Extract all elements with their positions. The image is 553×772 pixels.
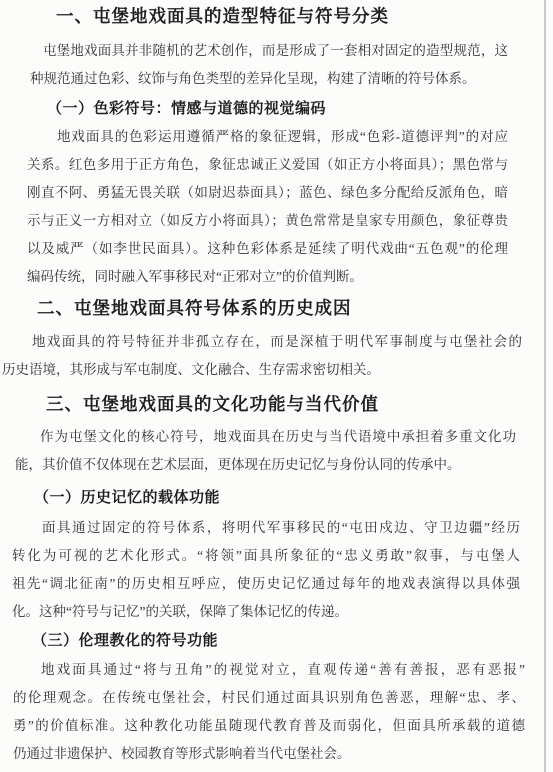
paragraph-line: 地戏面具的符号特征并非孤立存在，而是深植于明代军事制度与屯堡社会的 bbox=[2, 328, 522, 356]
paragraph-line: 编码传统，同时融入军事移民对“正邪对立”的价值判断。 bbox=[27, 263, 508, 291]
paragraph-line: 关系。红色多用于正方角色，象征忠诚正义爱国（如正方小将面具）；黑色常与 bbox=[27, 151, 508, 179]
paragraph-line: 面具通过固定的符号体系，将明代军事移民的“屯田戍边、守卫边疆”经历 bbox=[12, 514, 520, 542]
paragraph-historical-causes: 地戏面具的符号特征并非孤立存在，而是深植于明代军事制度与屯堡社会的 历史语境，其… bbox=[2, 328, 522, 384]
chapter-heading-3: 三、屯堡地戏面具的文化功能与当代价值 bbox=[46, 392, 553, 416]
subheading-color-symbols: （一）色彩符号：情感与道德的视觉编码 bbox=[47, 98, 553, 120]
paragraph-intro: 屯堡地戏面具并非随机的艺术创作，而是形成了一套相对固定的造型规范，这 种规范通过… bbox=[30, 37, 508, 93]
paragraph-line: 历史语境，其形成与军屯制度、文化融合、生存需求密切相关。 bbox=[2, 356, 522, 384]
paragraph-line: 化。这种“符号与记忆”的关联，保障了集体记忆的传递。 bbox=[12, 598, 520, 626]
paragraph-line: 作为屯堡文化的核心符号，地戏面具在历史与当代语境中承担着多重文化功 bbox=[15, 423, 516, 451]
paragraph-cultural-value: 作为屯堡文化的核心符号，地戏面具在历史与当代语境中承担着多重文化功 能，其价值不… bbox=[15, 423, 516, 479]
paragraph-line: 仍通过非遗保护、校园教育等形式影响着当代屯堡社会。 bbox=[13, 740, 525, 768]
paragraph-line: 转化为可视的艺术化形式。“将领”面具所象征的“忠义勇敢”叙事，与屯堡人 bbox=[12, 542, 520, 570]
subheading-ethics-education: （三）伦理教化的符号功能 bbox=[32, 630, 553, 652]
document-page: 一、屯堡地戏面具的造型特征与符号分类 屯堡地戏面具并非随机的艺术创作，而是形成了… bbox=[0, 0, 553, 772]
paragraph-line: 勇”的价值标准。这种教化功能虽随现代教育普及而弱化，但面具所承载的道德 bbox=[13, 712, 525, 740]
paragraph-line: 种规范通过色彩、纹饰与角色类型的差异化呈现，构建了清晰的符号体系。 bbox=[30, 65, 508, 93]
chapter-heading-2: 二、屯堡地戏面具符号体系的历史成因 bbox=[37, 296, 553, 320]
paragraph-line: 的伦理观念。在传统屯堡社会，村民们通过面具识别角色善恶，理解“忠、孝、 bbox=[13, 684, 525, 712]
paragraph-color-symbols: 地戏面具的色彩运用遵循严格的象征逻辑，形成“色彩-道德评判”的对应 关系。红色多… bbox=[27, 123, 508, 291]
paragraph-line: 地戏面具的色彩运用遵循严格的象征逻辑，形成“色彩-道德评判”的对应 bbox=[27, 123, 508, 151]
paragraph-line: 刚直不阿、勇猛无畏关联（如尉迟恭面具）；蓝色、绿色多分配给反派角色，暗 bbox=[27, 179, 508, 207]
paragraph-line: 以及威严（如李世民面具）。这种色彩体系是延续了明代戏曲“五色观”的伦理 bbox=[27, 235, 508, 263]
paragraph-ethics-education: 地戏面具通过“将与丑角”的视觉对立，直观传递“善有善报，恶有恶报” 的伦理观念。… bbox=[13, 656, 525, 768]
paragraph-line: 屯堡地戏面具并非随机的艺术创作，而是形成了一套相对固定的造型规范，这 bbox=[30, 37, 508, 65]
paragraph-line: 能，其价值不仅体现在艺术层面，更体现在历史记忆与身份认同的传承中。 bbox=[15, 451, 516, 479]
paragraph-line: 示与正义一方相对立（如反方小将面具）；黄色常常是皇家专用颜色，象征尊贵 bbox=[27, 207, 508, 235]
chapter-heading-1: 一、屯堡地戏面具的造型特征与符号分类 bbox=[56, 4, 553, 28]
paragraph-line: 祖先“调北征南”的历史相互呼应，使历史记忆通过每年的地戏表演得以具体强 bbox=[12, 570, 520, 598]
paragraph-line: 地戏面具通过“将与丑角”的视觉对立，直观传递“善有善报，恶有恶报” bbox=[13, 656, 525, 684]
page-edge-line bbox=[544, 0, 546, 772]
paragraph-history-memory: 面具通过固定的符号体系，将明代军事移民的“屯田戍边、守卫边疆”经历 转化为可视的… bbox=[12, 514, 520, 626]
subheading-history-memory: （一）历史记忆的载体功能 bbox=[34, 487, 553, 509]
